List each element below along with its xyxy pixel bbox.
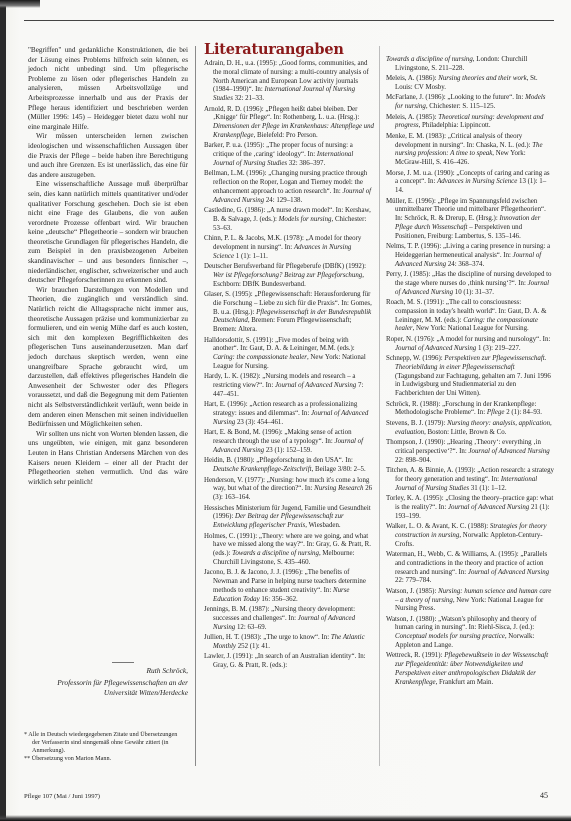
reference-entry: Stevens, B. J. (1979): Nursing theory: a…	[386, 420, 554, 438]
reference-entry: Hardy, L. K. (1982): „Nursing models and…	[204, 373, 374, 399]
reference-head: Stevens, B. J. (1979):	[386, 420, 447, 427]
reference-entry: Holmes, C. (1991): „Theory: where are we…	[204, 533, 374, 568]
reference-tail: 24: 129–138.	[264, 197, 302, 204]
column-divider-2	[379, 46, 380, 766]
reference-entry: Titchen, A. & Binnie, A. (1993): „Action…	[386, 467, 554, 493]
reference-entry: Jullien, H. T. (1983): „The urge to know…	[204, 634, 374, 652]
reference-entry: Jennings, B. M. (1987): „Nursing theory …	[204, 606, 374, 632]
reference-head: Hart, E. & Bond, M. (1996): „Making sens…	[204, 429, 352, 445]
footnotes: * Alle in Deutsch wiedergegebenen Zitate…	[24, 731, 184, 763]
reference-entry: Castledine, G. (1986): „A nurse drawn mo…	[204, 207, 374, 233]
reference-head: Halldorsdottir, S. (1991): „Five modes o…	[204, 337, 355, 353]
reference-entry: Hart, E. (1996): „Action research as a p…	[204, 401, 374, 427]
reference-head: Wettreck, R. (1991):	[386, 652, 444, 659]
scan-edge-left	[0, 0, 6, 821]
reference-entry: Heidin, B. (1980): „Pflegeforschung in d…	[204, 457, 374, 475]
reference-title: Nursing Research	[314, 485, 363, 492]
scan-edge-top	[0, 0, 40, 8]
reference-entry: Schnepp, W. (1996): Perspektiven zur Pfl…	[386, 355, 554, 399]
reference-entry: Jacono, B. J. & Jacono, J. J. (1996): „T…	[204, 569, 374, 604]
reference-head: Menke, E. M. (1983): „Critical analysis …	[386, 133, 532, 149]
reference-entry: Bellman, L.M. (1996): „Changing nursing …	[204, 170, 374, 205]
reference-entry: Hart, E. & Bond, M. (1996): „Making sens…	[204, 429, 374, 455]
author-affiliation: Professorin für Pflegewissenschaften an …	[28, 678, 188, 698]
reference-entry: Walker, L. O. & Avant, K. C. (1988): Str…	[386, 523, 554, 549]
reference-tail: 31 (1): 1–12.	[469, 485, 507, 492]
reference-entry: Arnold, R. D. (1996): „Pflegen heißt dab…	[204, 106, 374, 141]
reference-title: Models for nursing	[279, 216, 332, 223]
reference-entry: Chinn, P. L. & Jacobs, M.K. (1978): „A m…	[204, 235, 374, 261]
reference-tail: , New York: National League for Nursing.	[413, 325, 529, 332]
reference-head: Deutscher Berufsverband für Pflegeberufe…	[204, 263, 366, 270]
header-rule	[24, 20, 554, 21]
reference-entry: Nelms, T. P. (1996): „Living a caring pr…	[386, 243, 554, 269]
reference-title: Towards a discipline of nursing	[386, 56, 473, 63]
reference-tail: 22: 779–784.	[395, 577, 431, 584]
reference-tail: 2 (1): 84–93.	[504, 409, 542, 416]
reference-head: Walker, L. O. & Avant, K. C. (1988):	[386, 523, 490, 530]
reference-tail: 24: 368–374.	[446, 261, 484, 268]
reference-tail: 1 (1): 1–11.	[234, 253, 268, 260]
reference-tail: , Bielefeld: Pro Person.	[254, 132, 318, 139]
body-paragraph: Wir brauchen Darstellungen von Modellen …	[28, 286, 188, 430]
reference-tail: 32: 21–33.	[233, 95, 264, 102]
reference-tail: 12: 63–69.	[235, 624, 266, 631]
reference-head: Meleis, A. (1985):	[386, 114, 438, 121]
reference-entry: Watson, J. (1985): Nursing: human scienc…	[386, 588, 554, 614]
reference-title: Journal of Advanced Nursing	[468, 569, 549, 576]
page-number: 45	[540, 791, 548, 800]
reference-title: Journal of Advanced Nursing	[448, 504, 529, 511]
reference-tail: , Chichester: S. 115–125.	[426, 103, 495, 110]
reference-entry: Barker, P. u.a. (1995): „The proper focu…	[204, 142, 374, 168]
reference-title: Journal of Advanced Nursing	[395, 345, 476, 352]
reference-title: Caring: the compassionate healer	[213, 354, 307, 361]
reference-entry: Morse, J. M. u.a. (1990): „Concepts of c…	[386, 170, 554, 196]
reference-entry: Schröck, R. (1988): „Forschung in der Kr…	[386, 401, 554, 419]
reference-tail: 23 (3): 454–461.	[235, 419, 283, 426]
reference-entry: Lawler, J. (1991): „In search of an Aust…	[204, 653, 374, 671]
reference-entry: Meleis, A. (1986): Nursing theories and …	[386, 75, 554, 93]
reference-entry: Halldorsdottir, S. (1991): „Five modes o…	[204, 337, 374, 372]
reference-head: Jullien, H. T. (1983): „The urge to know…	[204, 634, 331, 641]
reference-head: Watson, J. (1980): „Watson's philosophy …	[386, 616, 536, 632]
reference-entry: Roper, N. (1976): „A model for nursing a…	[386, 336, 554, 354]
reference-title: Advances in Nursing Science	[437, 178, 517, 185]
reference-entry: Deutscher Berufsverband für Pflegeberufe…	[204, 263, 374, 289]
reference-entry: Müller, E. (1996): „Pflege im Spannungsf…	[386, 198, 554, 242]
scan-edge-bottom	[0, 815, 571, 821]
reference-tail: 22: 898–904.	[395, 457, 431, 464]
footnote: * Alle in Deutsch wiedergegebenen Zitate…	[24, 731, 184, 755]
reference-tail: 32: 386–397.	[287, 160, 325, 167]
reference-head: Meleis, A. (1986):	[386, 75, 438, 82]
reference-tail: 16: 356–362.	[260, 596, 298, 603]
reference-tail: , Philadelphia: Lippincott.	[419, 122, 491, 129]
reference-entry: Glaser, S. (1995): „Pflegewissenschaft: …	[204, 291, 374, 335]
reference-tail: , Boston: Little, Brown & Co.	[424, 429, 506, 436]
reference-head: McFarlane, J. (1986): „Looking to the fu…	[386, 94, 525, 101]
reference-entry: Waterman, H., Webb, C. & Williams, A. (1…	[386, 551, 554, 586]
body-paragraph: Eine wissenschaftliche Aussage muß überp…	[28, 180, 188, 286]
reference-title: Pflege	[487, 409, 505, 416]
reference-entry: Perry, J. (1985): „Has the discipline of…	[386, 271, 554, 297]
reference-title: Journal of Advanced Nursing	[275, 382, 356, 389]
reference-tail: 1 (3): 219–227.	[476, 345, 520, 352]
reference-title: Towards a discipline of nursing	[232, 550, 319, 557]
journal-footer: Pflege 107 (Mai / Juni 1997)	[24, 793, 100, 800]
reference-title: Conceptual models for nursing practice	[395, 633, 505, 640]
body-paragraph: Wir müssen unterscheiden lernen zwischen…	[28, 132, 188, 180]
references-heading: Literaturangaben	[204, 42, 374, 58]
reference-title: Deutsche Krankenpflege-Zeitschrift	[213, 466, 312, 473]
reference-tail: , Frankfurt am Main.	[436, 679, 494, 686]
reference-tail: , Beilage 3/80: 2–5.	[312, 466, 366, 473]
references-column-1: Literaturangaben Adrain, D. H., u.a. (19…	[204, 42, 374, 672]
reference-entry: Adrain, D. H., u.a. (1995): „Good forms,…	[204, 60, 374, 104]
reference-head: Schnepp, W. (1996):	[386, 355, 444, 362]
reference-entry: Wettreck, R. (1991): Pflegebewußtsein in…	[386, 652, 554, 687]
reference-tail: 252 (1): 41.	[236, 643, 270, 650]
reference-title: Nursing theories and their work	[438, 75, 526, 82]
signature-rule	[112, 662, 134, 663]
reference-tail: 23 (1): 152–159.	[264, 447, 312, 454]
reference-head: Heidin, B. (1980): „Pflegeforschung in d…	[204, 457, 353, 464]
reference-entry: McFarlane, J. (1986): „Looking to the fu…	[386, 94, 554, 112]
references-column-2: Towards a discipline of nursing, London:…	[386, 56, 554, 689]
body-column: "Begriffen" und gedankliche Konstruktion…	[28, 46, 188, 487]
reference-tail: (Tagungsband zur Fachtagung, gehalten am…	[395, 373, 551, 398]
reference-head: Roper, N. (1976): „A model for nursing a…	[386, 336, 550, 343]
column-divider-1	[195, 46, 196, 766]
reference-head: Watson, J. (1985):	[386, 588, 438, 595]
reference-tail: 10 (1): 31–37.	[453, 289, 494, 296]
reference-head: Lawler, J. (1991): „In search of an Aust…	[204, 653, 366, 669]
reference-title: Journal of Advanced Nursing	[468, 448, 549, 455]
author-name: Ruth Schröck,	[28, 666, 188, 676]
reference-entry: Menke, E. M. (1983): „Critical analysis …	[386, 133, 554, 168]
reference-entry: Henderson, V. (1977): „Nursing: how much…	[204, 477, 374, 503]
reference-head: Arnold, R. D. (1996): „Pflegen heißt dab…	[204, 106, 359, 122]
reference-entry: Watson, J. (1980): „Watson's philosophy …	[386, 616, 554, 651]
reference-entry: Roach, M. S. (1991): „The call to consci…	[386, 299, 554, 334]
reference-entry: Meleis, A. (1985): Theoretical nursing: …	[386, 114, 554, 132]
reference-entry: Thompson, J. (1990): „Hearing ‚Theory‘: …	[386, 439, 554, 465]
body-paragraph: Wir sollten uns nicht von Worten blenden…	[28, 430, 188, 488]
document-page: "Begriffen" und gedankliche Konstruktion…	[0, 0, 571, 821]
body-paragraph: "Begriffen" und gedankliche Konstruktion…	[28, 46, 188, 132]
reference-entry: Towards a discipline of nursing, London:…	[386, 56, 554, 74]
footnote: ** Übersetzung von Marion Mann.	[24, 755, 184, 763]
reference-title: Wer ist Pflegeforschung? Beitrag zur Pfl…	[213, 272, 362, 279]
reference-entry: Torley, K. A. (1995): „Closing the theor…	[386, 495, 554, 521]
reference-entry: Hessisches Ministerium für Jugend, Famil…	[204, 505, 374, 531]
reference-tail: , Wiesbaden.	[305, 522, 340, 529]
